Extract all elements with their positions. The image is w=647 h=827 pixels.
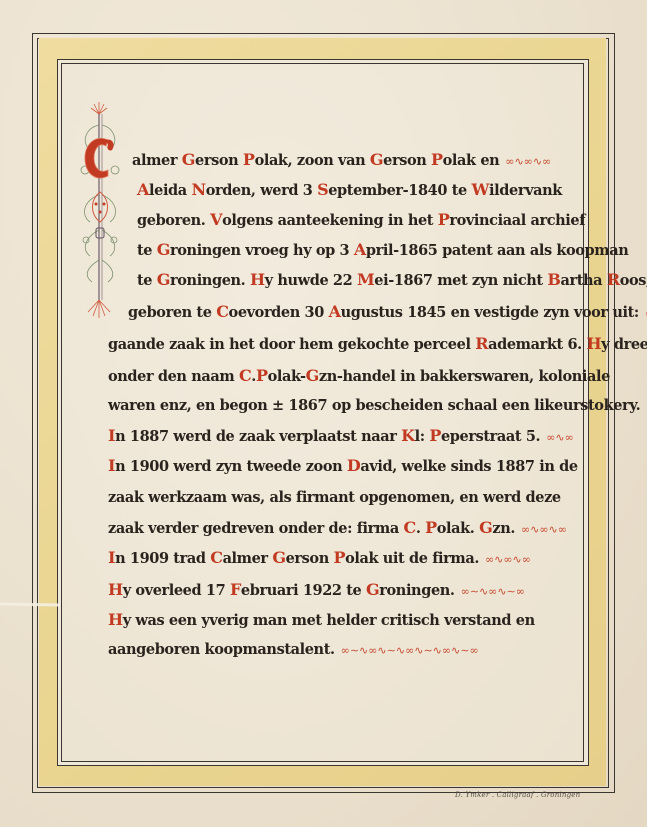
text-line: zaak verder gedreven onder de: firma C. … xyxy=(108,518,567,540)
text-segment: ademarkt 6. xyxy=(488,336,586,353)
text-line: geboren. Volgens aanteekening in het Pro… xyxy=(137,210,585,231)
text-segment: pril-1865 patent aan als koopman xyxy=(366,242,628,259)
text-segment: oos, xyxy=(620,272,647,289)
text-segment: zaak werkzaam was, als firmant opgenomen… xyxy=(108,489,561,506)
text-segment: ei-1867 met zyn nicht xyxy=(374,272,547,289)
text-segment: olak- xyxy=(268,368,306,385)
red-capital: G xyxy=(272,548,285,567)
text-segment: ildervank xyxy=(489,182,562,199)
red-capital: P xyxy=(425,518,437,537)
text-segment: oevorden 30 xyxy=(229,304,329,321)
red-capital: P xyxy=(333,548,345,567)
text-line: zaak werkzaam was, als firmant opgenomen… xyxy=(108,488,561,508)
text-line: te Groningen. Hy huwde 22 Mei-1867 met z… xyxy=(137,270,647,291)
red-capital: H xyxy=(108,610,123,629)
text-line: Hy overleed 17 Februari 1922 te Groninge… xyxy=(108,580,525,602)
red-capital: H xyxy=(250,270,265,289)
red-capital: W xyxy=(471,180,489,199)
red-capital: D xyxy=(347,456,360,475)
text-segment: olak. xyxy=(437,520,479,537)
text-segment: zaak verder gedreven onder de: firma xyxy=(108,520,403,537)
text-line: Hy was een yverig man met helder critisc… xyxy=(108,610,535,631)
text-segment: ebruari 1922 te xyxy=(241,582,366,599)
red-capital: R xyxy=(475,334,488,353)
text-segment: olak en xyxy=(443,152,500,169)
flourish-ornament: ∞∿∞∿∞ xyxy=(521,523,567,536)
red-capital: N xyxy=(191,180,205,199)
text-segment: ugustus 1845 en vestigde zyn voor uit: xyxy=(341,304,639,321)
red-capital: C xyxy=(210,548,222,567)
red-capital: K xyxy=(401,426,415,445)
text-segment: n 1887 werd de zaak verplaatst naar xyxy=(115,428,401,445)
red-capital: G xyxy=(479,518,492,537)
red-capital: G xyxy=(157,270,170,289)
text-segment: roningen. xyxy=(379,582,454,599)
text-segment: n 1900 werd zyn tweede zoon xyxy=(115,458,347,475)
text-line: Aleida Norden, werd 3 September-1840 te … xyxy=(137,180,562,201)
red-capital: P xyxy=(438,210,450,229)
text-segment: eptember-1840 te xyxy=(328,182,471,199)
text-segment: n 1909 trad xyxy=(115,550,210,567)
text-segment: orden, werd 3 xyxy=(206,182,317,199)
calligrapher-signature: D. Ymker . Calligraaf . Groningen xyxy=(455,791,580,799)
text-segment: leida xyxy=(149,182,191,199)
text-segment: te xyxy=(137,272,157,289)
text-segment: olak, zoon van xyxy=(255,152,370,169)
text-line: In 1909 trad Calmer Gerson Polak uit de … xyxy=(108,548,531,570)
red-capital: R xyxy=(607,270,620,289)
text-segment: zn-handel in bakkerswaren, koloniale xyxy=(319,368,610,385)
text-segment: y overleed 17 xyxy=(123,582,230,599)
flourish-ornament: ∞∼∿∞∿∼∿∞∿∼∿∞∿∼∞ xyxy=(341,644,479,657)
text-segment: waren enz, en begon ± 1867 op bescheiden… xyxy=(108,397,640,414)
red-capital: C xyxy=(239,366,251,385)
text-segment: olak uit de firma. xyxy=(345,550,479,567)
text-segment: almer xyxy=(223,550,273,567)
text-segment: onder den naam xyxy=(108,368,239,385)
text-segment: geboren. xyxy=(137,212,210,229)
flourish-ornament: ∞∿∞∿∞ xyxy=(505,155,551,168)
red-capital: V xyxy=(210,210,222,229)
text-segment: roningen vroeg hy op 3 xyxy=(170,242,354,259)
text-line: In 1900 werd zyn tweede zoon David, welk… xyxy=(108,456,578,477)
red-capital: G xyxy=(366,580,379,599)
red-capital: P xyxy=(431,150,443,169)
calligraphic-text: almer Gerson Polak, zoon van Gerson Pola… xyxy=(0,0,647,827)
text-segment: eperstraat 5. xyxy=(441,428,540,445)
red-capital: G xyxy=(306,366,319,385)
text-segment: y was een yverig man met helder critisch… xyxy=(123,612,535,629)
red-capital: P xyxy=(429,426,441,445)
text-segment: avid, welke sinds 1887 in de xyxy=(360,458,577,475)
text-segment: gaande zaak in het door hem gekochte per… xyxy=(108,336,475,353)
text-segment: zn. xyxy=(492,520,515,537)
red-capital: M xyxy=(357,270,374,289)
red-capital: G xyxy=(182,150,195,169)
red-capital: A xyxy=(329,302,341,321)
text-segment: olgens aanteekening in het xyxy=(222,212,438,229)
text-line: geboren te Coevorden 30 Augustus 1845 en… xyxy=(128,302,647,324)
text-line: waren enz, en begon ± 1867 op bescheiden… xyxy=(108,396,640,416)
text-segment: l: xyxy=(415,428,430,445)
text-segment: aangeboren koopmanstalent. xyxy=(108,641,335,658)
text-line: onder den naam C.Polak-Gzn-handel in bak… xyxy=(108,366,610,387)
text-line: In 1887 werd de zaak verplaatst naar Kl:… xyxy=(108,426,574,448)
text-segment: . xyxy=(416,520,425,537)
flourish-ornament: ∞∼∿∞∿∼∞ xyxy=(461,585,525,598)
text-segment: te xyxy=(137,242,157,259)
text-segment: geboren te xyxy=(128,304,216,321)
text-line: aangeboren koopmanstalent.∞∼∿∞∿∼∿∞∿∼∿∞∿∼… xyxy=(108,640,479,661)
red-capital: C xyxy=(403,518,415,537)
red-capital: P xyxy=(243,150,255,169)
red-capital: A xyxy=(137,180,149,199)
text-segment: erson xyxy=(383,152,431,169)
flourish-ornament: ∞∿∞ xyxy=(546,431,574,444)
red-capital: H xyxy=(108,580,123,599)
text-segment: almer xyxy=(132,152,182,169)
text-line: gaande zaak in het door hem gekochte per… xyxy=(108,334,647,355)
red-capital: A xyxy=(354,240,366,259)
red-capital: C xyxy=(216,302,228,321)
flourish-ornament: ∞∿∞∿∞ xyxy=(485,553,531,566)
text-segment: y dreef xyxy=(601,336,647,353)
red-capital: S xyxy=(317,180,328,199)
red-capital: G xyxy=(157,240,170,259)
red-capital: G xyxy=(370,150,383,169)
red-capital: P xyxy=(256,366,268,385)
text-segment: artha xyxy=(560,272,606,289)
text-segment: y huwde 22 xyxy=(265,272,357,289)
text-segment: erson xyxy=(286,550,334,567)
red-capital: H xyxy=(586,334,601,353)
red-capital: F xyxy=(230,580,241,599)
text-line: almer Gerson Polak, zoon van Gerson Pola… xyxy=(132,150,551,172)
text-segment: roningen. xyxy=(170,272,250,289)
red-capital: B xyxy=(547,270,560,289)
text-segment: rovinciaal archief xyxy=(449,212,585,229)
text-segment: erson xyxy=(195,152,243,169)
text-line: te Groningen vroeg hy op 3 April-1865 pa… xyxy=(137,240,628,261)
